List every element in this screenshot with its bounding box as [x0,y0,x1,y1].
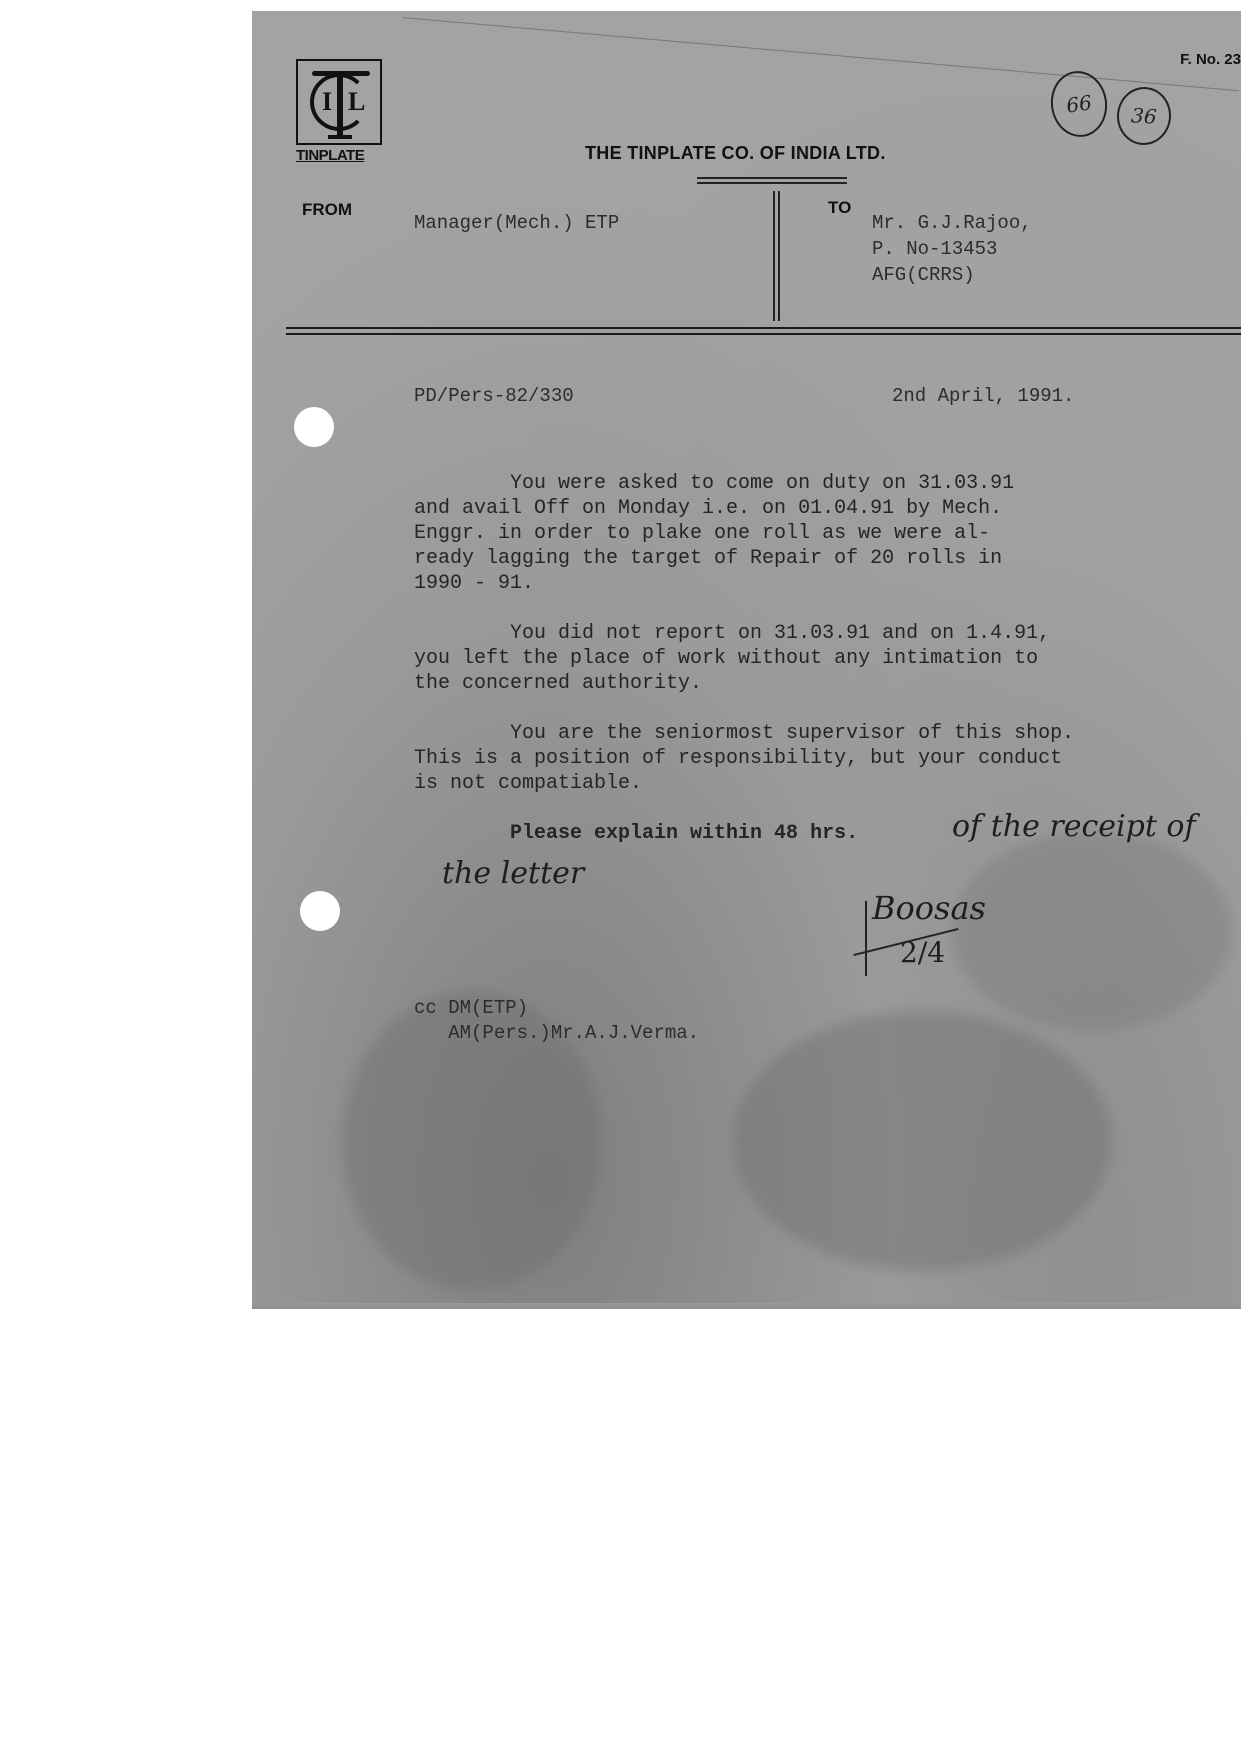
circled-file-number: 36 [1115,85,1173,147]
handwritten-note: the letter [442,856,584,891]
water-stain [732,1011,1112,1271]
water-stain [952,831,1232,1031]
to-line: AFG(CRRS) [872,263,975,288]
cc-line: AM(Pers.)Mr.A.J.Verma. [414,1021,699,1046]
paragraph-line: Enggr. in order to plake one roll as we … [414,521,990,546]
divider [286,327,1241,329]
divider [286,333,1241,335]
company-logo: I L TINPLATE [296,59,386,164]
paragraph-line: the concerned authority. [414,671,702,696]
letter-date: 2nd April, 1991. [892,384,1074,409]
letter-page: I L TINPLATE THE TINPLATE CO. OF INDIA L… [252,11,1241,1309]
paper-edge [252,1303,1241,1309]
company-name: THE TINPLATE CO. OF INDIA LTD. [585,143,886,164]
paragraph-line: You did not report on 31.03.91 and on 1.… [414,621,1050,646]
handwritten-note: of the receipt of [952,809,1196,844]
paragraph-line: and avail Off on Monday i.e. on 01.04.91… [414,496,1002,521]
paragraph-line: This is a position of responsibility, bu… [414,746,1062,771]
reference-number: PD/Pers-82/330 [414,384,574,409]
signature-date: 2/4 [900,936,945,969]
logo-wordmark: TINPLATE [296,147,386,164]
logo-letter-l: L [348,89,365,115]
from-label: FROM [302,200,352,220]
divider [697,177,847,179]
logo-emblem-icon: I L [296,59,382,145]
divider [697,182,847,184]
divider [773,191,775,321]
signature-stroke [865,901,867,976]
paragraph-line: You were asked to come on duty on 31.03.… [414,471,1014,496]
to-line: Mr. G.J.Rajoo, [872,211,1032,236]
closing-line: Please explain within 48 hrs. [414,821,858,846]
punch-hole [300,891,340,931]
paragraph-line: you left the place of work without any i… [414,646,1038,671]
logo-letter-i: I [322,89,332,115]
divider [778,191,780,321]
paragraph-line: 1990 - 91. [414,571,534,596]
signature: Boosas [872,889,986,927]
punch-hole [294,407,334,447]
cc-line: cc DM(ETP) [414,996,528,1021]
from-value: Manager(Mech.) ETP [414,211,619,236]
paragraph-line: is not compatiable. [414,771,642,796]
paragraph-line: ready lagging the target of Repair of 20… [414,546,1002,571]
paper-crease [402,17,1239,91]
to-line: P. No-13453 [872,237,997,262]
form-number: F. No. 23 [1180,51,1241,68]
to-label: TO [828,198,851,218]
paragraph-line: You are the seniormost supervisor of thi… [414,721,1074,746]
